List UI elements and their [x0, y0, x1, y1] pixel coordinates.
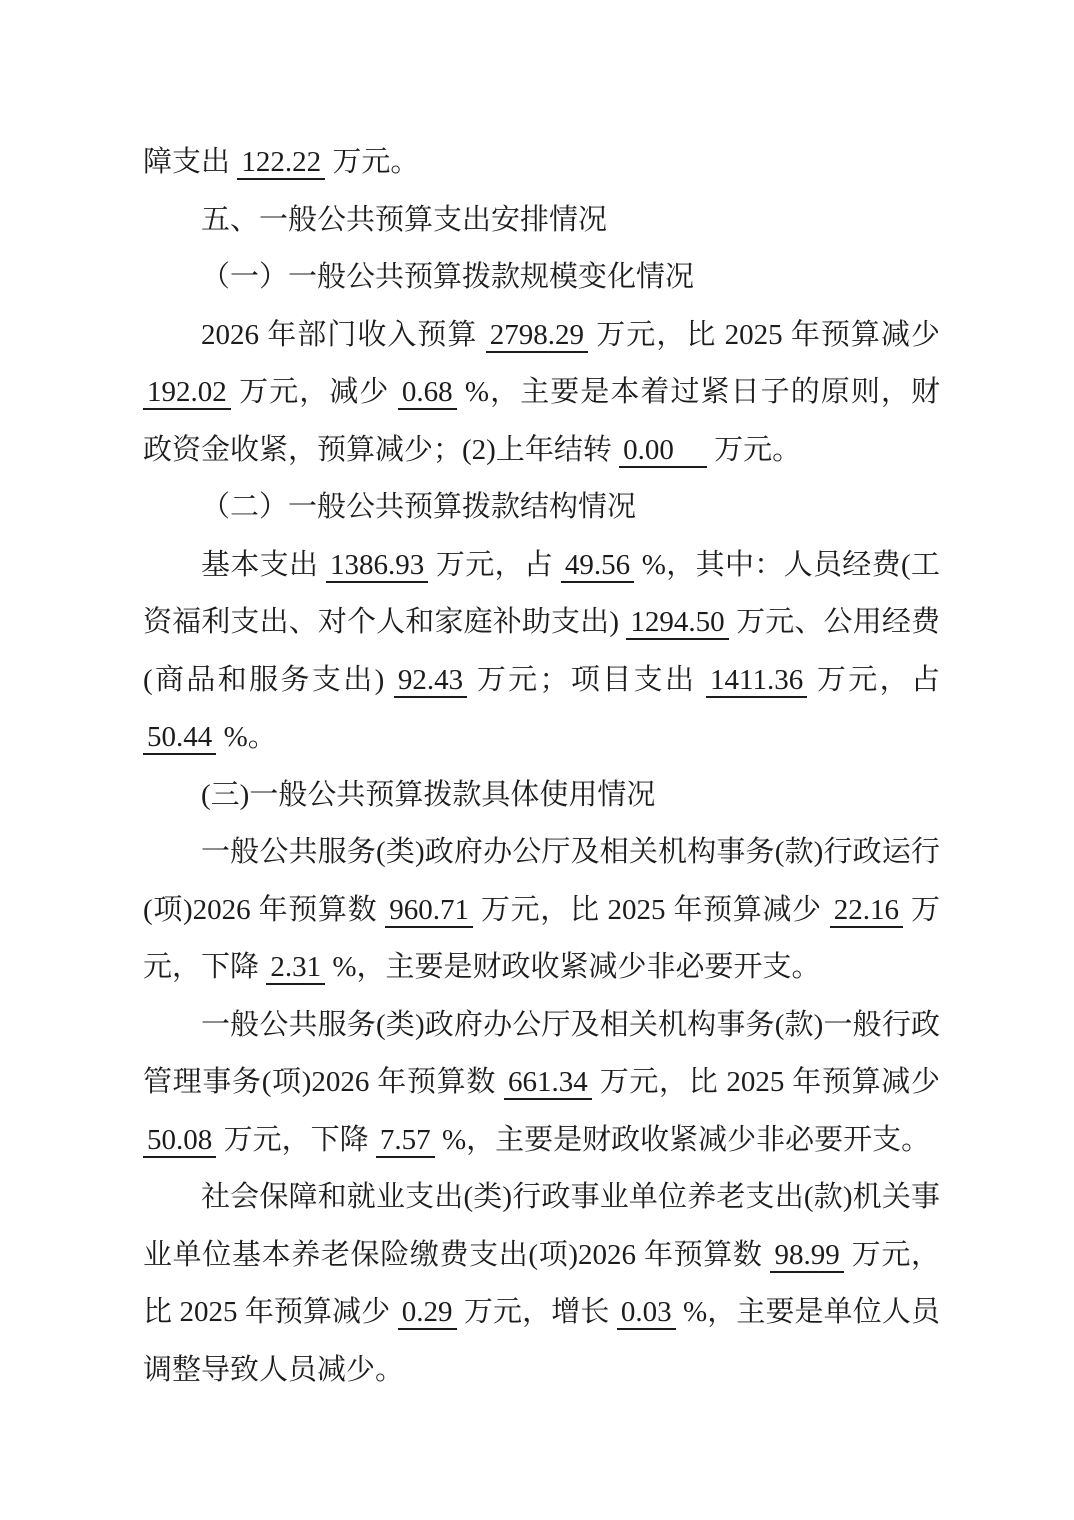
underlined-value: 192.02	[143, 376, 231, 410]
text-segment: (三)一般公共预算拨款具体使用情况	[201, 779, 655, 811]
paragraph: 社会保障和就业支出(类)行政事业单位养老支出(款)机关事业单位基本养老保险缴费支…	[143, 1169, 940, 1399]
text-segment: 万元；项目支出	[467, 664, 706, 696]
underlined-value: 122.22	[237, 146, 325, 180]
underlined-value: 22.16	[830, 894, 903, 928]
text-segment: （二）一般公共预算拨款结构情况	[201, 491, 636, 523]
document-body: 障支出 122.22 万元。五、一般公共预算支出安排情况（一）一般公共预算拨款规…	[143, 134, 940, 1399]
text-segment: 万元，增长	[457, 1296, 617, 1328]
text-segment: 万元，比 2025 年预算减少	[592, 1066, 940, 1098]
text-segment: %，主要是财政收紧减少非必要开支。	[325, 951, 820, 983]
underlined-value: 49.56	[561, 549, 634, 583]
underlined-value: 0.68	[398, 376, 457, 410]
paragraph: 一般公共服务(类)政府办公厅及相关机构事务(款)一般行政管理事务(项)2026 …	[143, 997, 940, 1170]
paragraph: 2026 年部门收入预算 2798.29 万元，比 2025 年预算减少 192…	[143, 307, 940, 480]
underlined-value: 2798.29	[486, 319, 588, 353]
underlined-value: 960.71	[385, 894, 473, 928]
text-segment: 万元。	[325, 146, 419, 178]
text-segment: 万元，下降	[216, 1124, 376, 1156]
underlined-value: 50.44	[143, 721, 216, 755]
text-segment: 万元，占	[807, 664, 940, 696]
underlined-value: 661.34	[504, 1066, 592, 1100]
text-segment: 万元，减少	[231, 376, 398, 408]
underlined-value: 2.31	[266, 951, 325, 985]
underlined-value: 7.57	[376, 1124, 435, 1158]
underlined-value: 92.43	[394, 664, 467, 698]
text-segment: 万元，比 2025 年预算减少	[588, 319, 940, 351]
underlined-value: 1411.36	[706, 664, 807, 698]
text-segment: 障支出	[143, 146, 237, 178]
section-heading: 五、一般公共预算支出安排情况	[143, 192, 940, 250]
text-segment: 基本支出	[201, 549, 326, 581]
text-segment: 2026 年部门收入预算	[201, 319, 486, 351]
text-segment: 万元。	[707, 434, 801, 466]
text-segment: （一）一般公共预算拨款规模变化情况	[201, 261, 694, 293]
text-segment: %，主要是财政收紧减少非必要开支。	[435, 1124, 930, 1156]
underlined-value: 0.03	[617, 1296, 676, 1330]
section-heading: （二）一般公共预算拨款结构情况	[143, 479, 940, 537]
section-heading: （一）一般公共预算拨款规模变化情况	[143, 249, 940, 307]
underlined-value: 1294.50	[626, 606, 728, 640]
paragraph: 基本支出 1386.93 万元，占 49.56 %，其中：人员经费(工资福利支出…	[143, 537, 940, 767]
underlined-value: 0.29	[398, 1296, 457, 1330]
underlined-value: 1386.93	[326, 549, 428, 583]
paragraph: 障支出 122.22 万元。	[143, 134, 940, 192]
text-segment: 万元，比 2025 年预算减少	[473, 894, 830, 926]
text-segment: 五、一般公共预算支出安排情况	[201, 204, 607, 236]
underlined-value: 50.08	[143, 1124, 216, 1158]
paragraph: 一般公共服务(类)政府办公厅及相关机构事务(款)行政运行(项)2026 年预算数…	[143, 824, 940, 997]
underlined-value: 98.99	[770, 1239, 843, 1273]
text-segment: %。	[216, 721, 276, 753]
section-heading: (三)一般公共预算拨款具体使用情况	[143, 767, 940, 825]
document-page: 障支出 122.22 万元。五、一般公共预算支出安排情况（一）一般公共预算拨款规…	[0, 0, 1074, 1520]
underlined-value: 0.00	[619, 434, 707, 468]
text-segment: 万元，占	[428, 549, 561, 581]
